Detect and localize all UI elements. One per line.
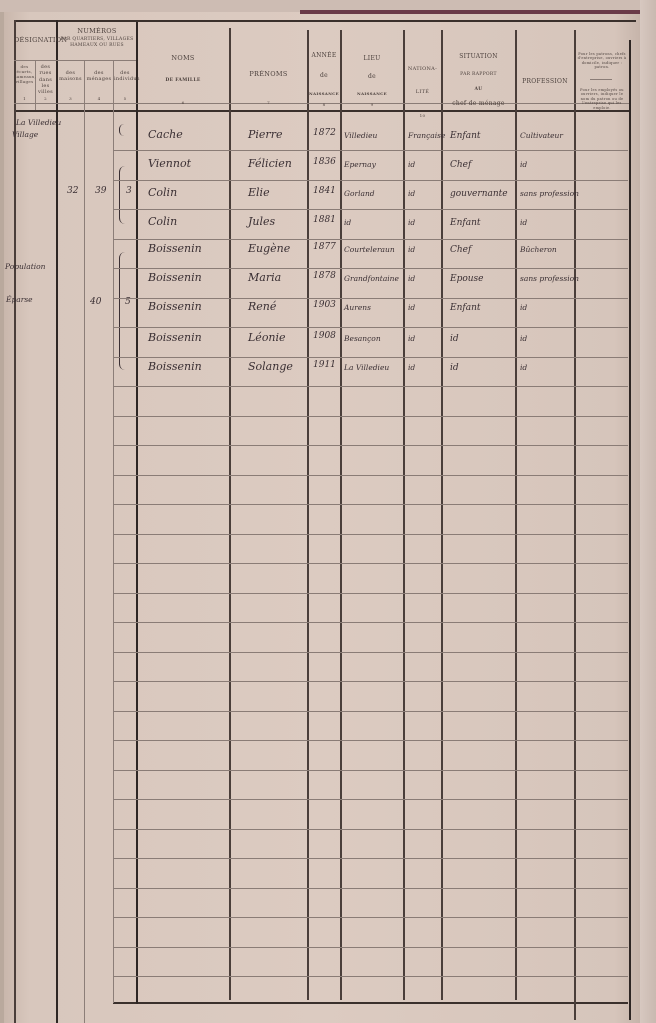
cell-annee: 1903 (313, 300, 336, 310)
header-lieu-sub: NAISSANCE (341, 91, 403, 96)
location-line2: Éparse (6, 295, 33, 304)
cell-situation: Enfant (450, 303, 480, 313)
header-profession: PROFESSION (516, 78, 574, 86)
cell-nationalite: id (408, 160, 415, 169)
header-numeros-sub: PAR QUARTIERS, VILLAGES HAMEAUX OU RUES (60, 37, 134, 48)
col-border-lieu (403, 30, 405, 1000)
cell-lieu: Epernay (344, 160, 376, 169)
cell-profession: id (520, 334, 527, 343)
row-rule (113, 534, 628, 535)
cell-nationalite: id (408, 245, 415, 254)
header-noms-sub: DE FAMILLE (137, 78, 229, 84)
header-designation-rues: des rues dans les villes (35, 64, 56, 95)
header-annee: ANNÉE (308, 52, 340, 60)
cell-nom: Boissenin (148, 300, 202, 313)
household-brace (119, 166, 125, 224)
cell-nationalite: id (408, 189, 415, 198)
menage-number: 40 (90, 297, 101, 307)
row-rule (113, 593, 628, 594)
row-rule (113, 829, 628, 830)
cell-lieu: Gorland (344, 189, 375, 198)
cell-profession: Bûcheron (520, 245, 557, 254)
header-col-number: 7 (230, 100, 307, 105)
header-bottom-border (14, 110, 629, 112)
row-rule (113, 740, 628, 741)
cell-situation: Enfant (450, 131, 480, 141)
cell-nationalite: id (408, 218, 415, 227)
cell-nom: Colin (148, 215, 177, 228)
cell-profession: Cultivateur (520, 131, 563, 140)
row-rule (113, 947, 628, 948)
row-rule (113, 976, 628, 977)
header-annee-de: de (308, 72, 340, 80)
cell-lieu: Courteleraun (344, 245, 395, 254)
household-brace (119, 252, 125, 370)
cell-nom: Colin (148, 186, 177, 199)
cell-nom: Boissenin (148, 242, 202, 255)
col-border-menages (113, 60, 114, 1003)
col-border-noms (229, 28, 231, 1000)
cell-situation: Chef (450, 245, 471, 255)
cell-annee: 1881 (313, 215, 336, 225)
cell-prenom: Solange (248, 360, 293, 373)
col-border-individus (136, 22, 138, 1004)
header-col-number: 2 (35, 96, 56, 101)
cell-annee: 1911 (313, 360, 336, 370)
header-col-number: 3 (57, 96, 84, 101)
header-num-maisons: des maisons (57, 70, 84, 83)
cell-lieu: Aurens (344, 303, 371, 312)
row-rule (113, 799, 628, 800)
cell-profession: sans profession (520, 274, 579, 283)
header-situation: SITUATION (442, 53, 515, 61)
cell-prenom: Léonie (248, 331, 286, 344)
row-rule (113, 416, 628, 417)
row-rule (113, 622, 628, 623)
row-rule (113, 357, 628, 358)
row-rule (113, 209, 628, 210)
header-designation-hameaux: des écarts, hameaux, villages (14, 64, 35, 84)
cell-prenom: Eugène (248, 242, 290, 255)
header-noms: NOMS (137, 54, 229, 62)
cell-situation: Epouse (450, 274, 484, 284)
row-rule (113, 327, 628, 328)
header-prenoms: PRÉNOMS (230, 70, 307, 78)
col-border-maisons (84, 60, 85, 1023)
col-border-prenoms (307, 30, 309, 1000)
maison-number: 32 (67, 186, 78, 196)
cell-annee: 1836 (313, 157, 336, 167)
menage-number: 39 (95, 186, 106, 196)
cell-nom: Cache (148, 128, 183, 141)
cell-situation: Chef (450, 160, 471, 170)
header-col-number: 4 (85, 96, 113, 101)
cell-prenom: René (248, 300, 276, 313)
row-rule (113, 298, 628, 299)
cell-nom: Boissenin (148, 331, 202, 344)
table-bottom-border (113, 1002, 628, 1004)
table-top-border (14, 20, 636, 22)
col-border-left (14, 20, 16, 1023)
row-rule (113, 652, 628, 653)
cell-lieu: Grandfontaine (344, 274, 399, 283)
cell-lieu: Villedieu (344, 131, 377, 140)
header-num-individus: des individus (114, 70, 136, 83)
row-rule (113, 770, 628, 771)
location-line1: Population (5, 262, 46, 271)
page-right-edge (640, 0, 656, 1023)
col-border-right (629, 40, 631, 1020)
header-col-number: 6 (137, 100, 229, 105)
header-num-menages: des ménages (85, 70, 113, 83)
cell-profession: id (520, 160, 527, 169)
row-rule (113, 386, 628, 387)
cell-profession: id (520, 363, 527, 372)
cell-prenom: Elie (248, 186, 270, 199)
row-rule (113, 711, 628, 712)
row-rule (113, 475, 628, 476)
header-situation-au: AU (442, 87, 515, 93)
cell-situation: id (450, 334, 459, 344)
cell-situation: Enfant (450, 218, 480, 228)
note-divider (590, 79, 612, 80)
cell-lieu: La Villedieu (344, 363, 389, 372)
cell-nationalite: id (408, 274, 415, 283)
row-rule (113, 563, 628, 564)
header-col-number: 1 (14, 96, 35, 101)
header-note-employes: Pour les employés ou ouvriers, indiquer … (577, 88, 627, 110)
header-situation-sub: PAR RAPPORT (442, 72, 515, 78)
header-lieu: LIEU (341, 55, 403, 63)
cell-annee: 1878 (313, 271, 336, 281)
page-top-edge (0, 0, 656, 12)
row-rule (113, 445, 628, 446)
row-rule (113, 504, 628, 505)
header-annee-sub: NAISSANCE (308, 91, 340, 96)
register-page (4, 0, 640, 1023)
header-situation-chef: chef de ménage (442, 100, 515, 108)
cell-lieu: id (344, 218, 351, 227)
cell-nom: Boissenin (148, 360, 202, 373)
cell-nom: Boissenin (148, 271, 202, 284)
cell-lieu: Besançon (344, 334, 381, 343)
cell-nationalite: Française (408, 131, 445, 140)
col-border-designation (56, 20, 58, 1023)
cell-profession: sans profession (520, 189, 579, 198)
header-nationalite-2: LITÉ (404, 89, 441, 95)
cell-situation: gouvernante (450, 189, 508, 199)
row-rule (113, 150, 628, 151)
col-border-situation (515, 30, 517, 1000)
cell-prenom: Jules (248, 215, 275, 228)
cell-nationalite: id (408, 303, 415, 312)
location-line1: La Villedieu (16, 118, 61, 127)
cell-profession: id (520, 218, 527, 227)
col-border-annee (340, 30, 342, 1000)
header-col-number: 10 (404, 113, 441, 118)
col-border-nationalite (441, 30, 443, 1000)
cell-nationalite: id (408, 334, 415, 343)
header-numeros: NUMÉROS (58, 27, 136, 35)
col-border-profession (574, 30, 576, 1020)
row-rule (113, 858, 628, 859)
header-designation: DÉSIGNATION (14, 36, 56, 44)
header-subdivider (14, 60, 136, 61)
cell-situation: id (450, 363, 459, 373)
location-line2: Village (12, 130, 38, 139)
cell-prenom: Pierre (248, 128, 282, 141)
row-rule (113, 239, 628, 240)
cell-annee: 1908 (313, 331, 336, 341)
header-col-number: 8 (308, 102, 340, 107)
header-lieu-de: de (341, 73, 403, 81)
cell-annee: 1877 (313, 242, 336, 252)
individus-count: 3 (126, 186, 132, 196)
cell-nationalite: id (408, 363, 415, 372)
cell-prenom: Maria (248, 271, 281, 284)
cell-profession: id (520, 303, 527, 312)
header-col-number: 5 (114, 96, 136, 101)
household-brace (119, 124, 124, 136)
cell-annee: 1872 (313, 128, 336, 138)
cell-annee: 1841 (313, 186, 336, 196)
row-rule (113, 180, 628, 181)
cell-nom: Viennot (148, 157, 191, 170)
row-rule (113, 888, 628, 889)
row-rule (113, 917, 628, 918)
header-note-patrons: Pour les patrons, chefs d'entreprise, ou… (577, 52, 627, 70)
cell-prenom: Félicien (248, 157, 292, 170)
row-rule (113, 681, 628, 682)
row-rule (113, 268, 628, 269)
header-nationalite: NATIONA- (404, 66, 441, 72)
header-col-number: 9 (341, 102, 403, 107)
